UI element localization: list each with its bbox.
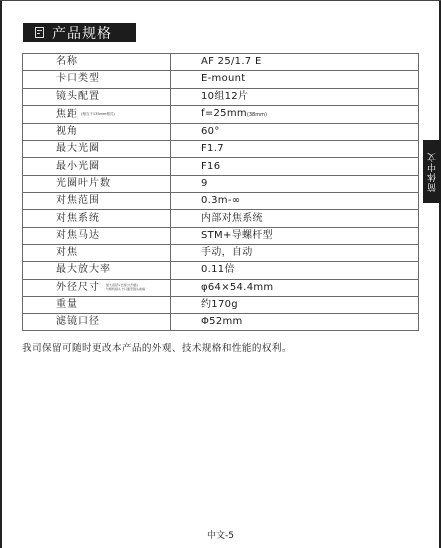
spec-value: 手动，自动 [171, 244, 419, 261]
spec-label: 外径尺寸 [56, 282, 100, 293]
spec-value: F1.7 [171, 141, 419, 158]
table-row: 光圈叶片数 9 [23, 175, 419, 192]
table-row: 焦距(相当于135mm格式) f=25mm(38mm) [23, 105, 419, 123]
spec-label: 光圈叶片数 [23, 175, 171, 192]
spec-value: 约170g [171, 296, 419, 313]
spec-label-cell: 外径尺寸最大直径×长度(大约值)与相机接头卡口面至镜头前端 [23, 279, 171, 296]
spec-value: 10组12片 [171, 88, 419, 105]
page-border-top [0, 0, 441, 1]
spec-value: 内部对焦系统 [171, 210, 419, 227]
spec-value: E-mount [171, 71, 419, 88]
spec-label: 最大光圈 [23, 141, 171, 158]
table-row: 对焦 手动，自动 [23, 244, 419, 261]
spec-label: 重量 [23, 296, 171, 313]
spec-value-cell: f=25mm(38mm) [171, 105, 419, 123]
section-header: 产品规格 [23, 23, 136, 42]
language-side-tab[interactable]: 简体中文 [423, 140, 441, 203]
language-side-tab-label: 简体中文 [426, 152, 439, 192]
document-icon [35, 27, 44, 38]
table-row: 重量 约170g [23, 296, 419, 313]
page-number: 中文-5 [0, 528, 441, 541]
spec-label: 对焦马达 [23, 227, 171, 244]
table-row: 最大光圈 F1.7 [23, 141, 419, 158]
spec-value: F16 [171, 158, 419, 175]
spec-label: 镜头配置 [23, 88, 171, 105]
spec-value: STM+导螺杆型 [171, 227, 419, 244]
section-title: 产品规格 [52, 23, 112, 43]
spec-label: 最小光圈 [23, 158, 171, 175]
spec-label: 视角 [23, 123, 171, 140]
spec-value-note: (38mm) [247, 112, 267, 118]
table-row: 滤镜口径 Φ52mm [23, 314, 419, 331]
spec-label: 卡口类型 [23, 71, 171, 88]
table-row: 视角 60° [23, 123, 419, 140]
table-row: 对焦系统 内部对焦系统 [23, 210, 419, 227]
spec-label: 最大放大率 [23, 262, 171, 279]
spec-value: f=25mm [201, 108, 247, 119]
spec-value: 60° [171, 123, 419, 140]
table-row: 外径尺寸最大直径×长度(大约值)与相机接头卡口面至镜头前端 φ64×54.4mm [23, 279, 419, 296]
spec-value: 0.3m-∞ [171, 193, 419, 210]
spec-label: 对焦范围 [23, 193, 171, 210]
table-row: 对焦马达 STM+导螺杆型 [23, 227, 419, 244]
table-row: 对焦范围 0.3m-∞ [23, 193, 419, 210]
spec-value: 0.11倍 [171, 262, 419, 279]
spec-label-note-line2: 与相机接头卡口面至镜头前端 [106, 287, 145, 291]
spec-label: 对焦系统 [23, 210, 171, 227]
spec-label-cell: 焦距(相当于135mm格式) [23, 105, 171, 123]
spec-label: 滤镜口径 [23, 314, 171, 331]
spec-value: AF 25/1.7 E [171, 54, 419, 71]
table-row: 卡口类型 E-mount [23, 71, 419, 88]
spec-label: 焦距 [56, 109, 78, 120]
page-border-left [0, 0, 2, 548]
spec-label: 对焦 [23, 244, 171, 261]
spec-label-note: 最大直径×长度(大约值)与相机接头卡口面至镜头前端 [106, 283, 145, 291]
table-row: 名称 AF 25/1.7 E [23, 54, 419, 71]
spec-value: Φ52mm [171, 314, 419, 331]
spec-label-note: (相当于135mm格式) [81, 112, 115, 116]
spec-table: 名称 AF 25/1.7 E 卡口类型 E-mount 镜头配置 10组12片 … [22, 53, 419, 331]
table-row: 镜头配置 10组12片 [23, 88, 419, 105]
spec-label: 名称 [23, 54, 171, 71]
disclaimer-note: 我司保留可随时更改本产品的外观、技术规格和性能的权利。 [22, 340, 292, 354]
spec-value: φ64×54.4mm [171, 279, 419, 296]
spec-value: 9 [171, 175, 419, 192]
table-row: 最小光圈 F16 [23, 158, 419, 175]
table-row: 最大放大率 0.11倍 [23, 262, 419, 279]
